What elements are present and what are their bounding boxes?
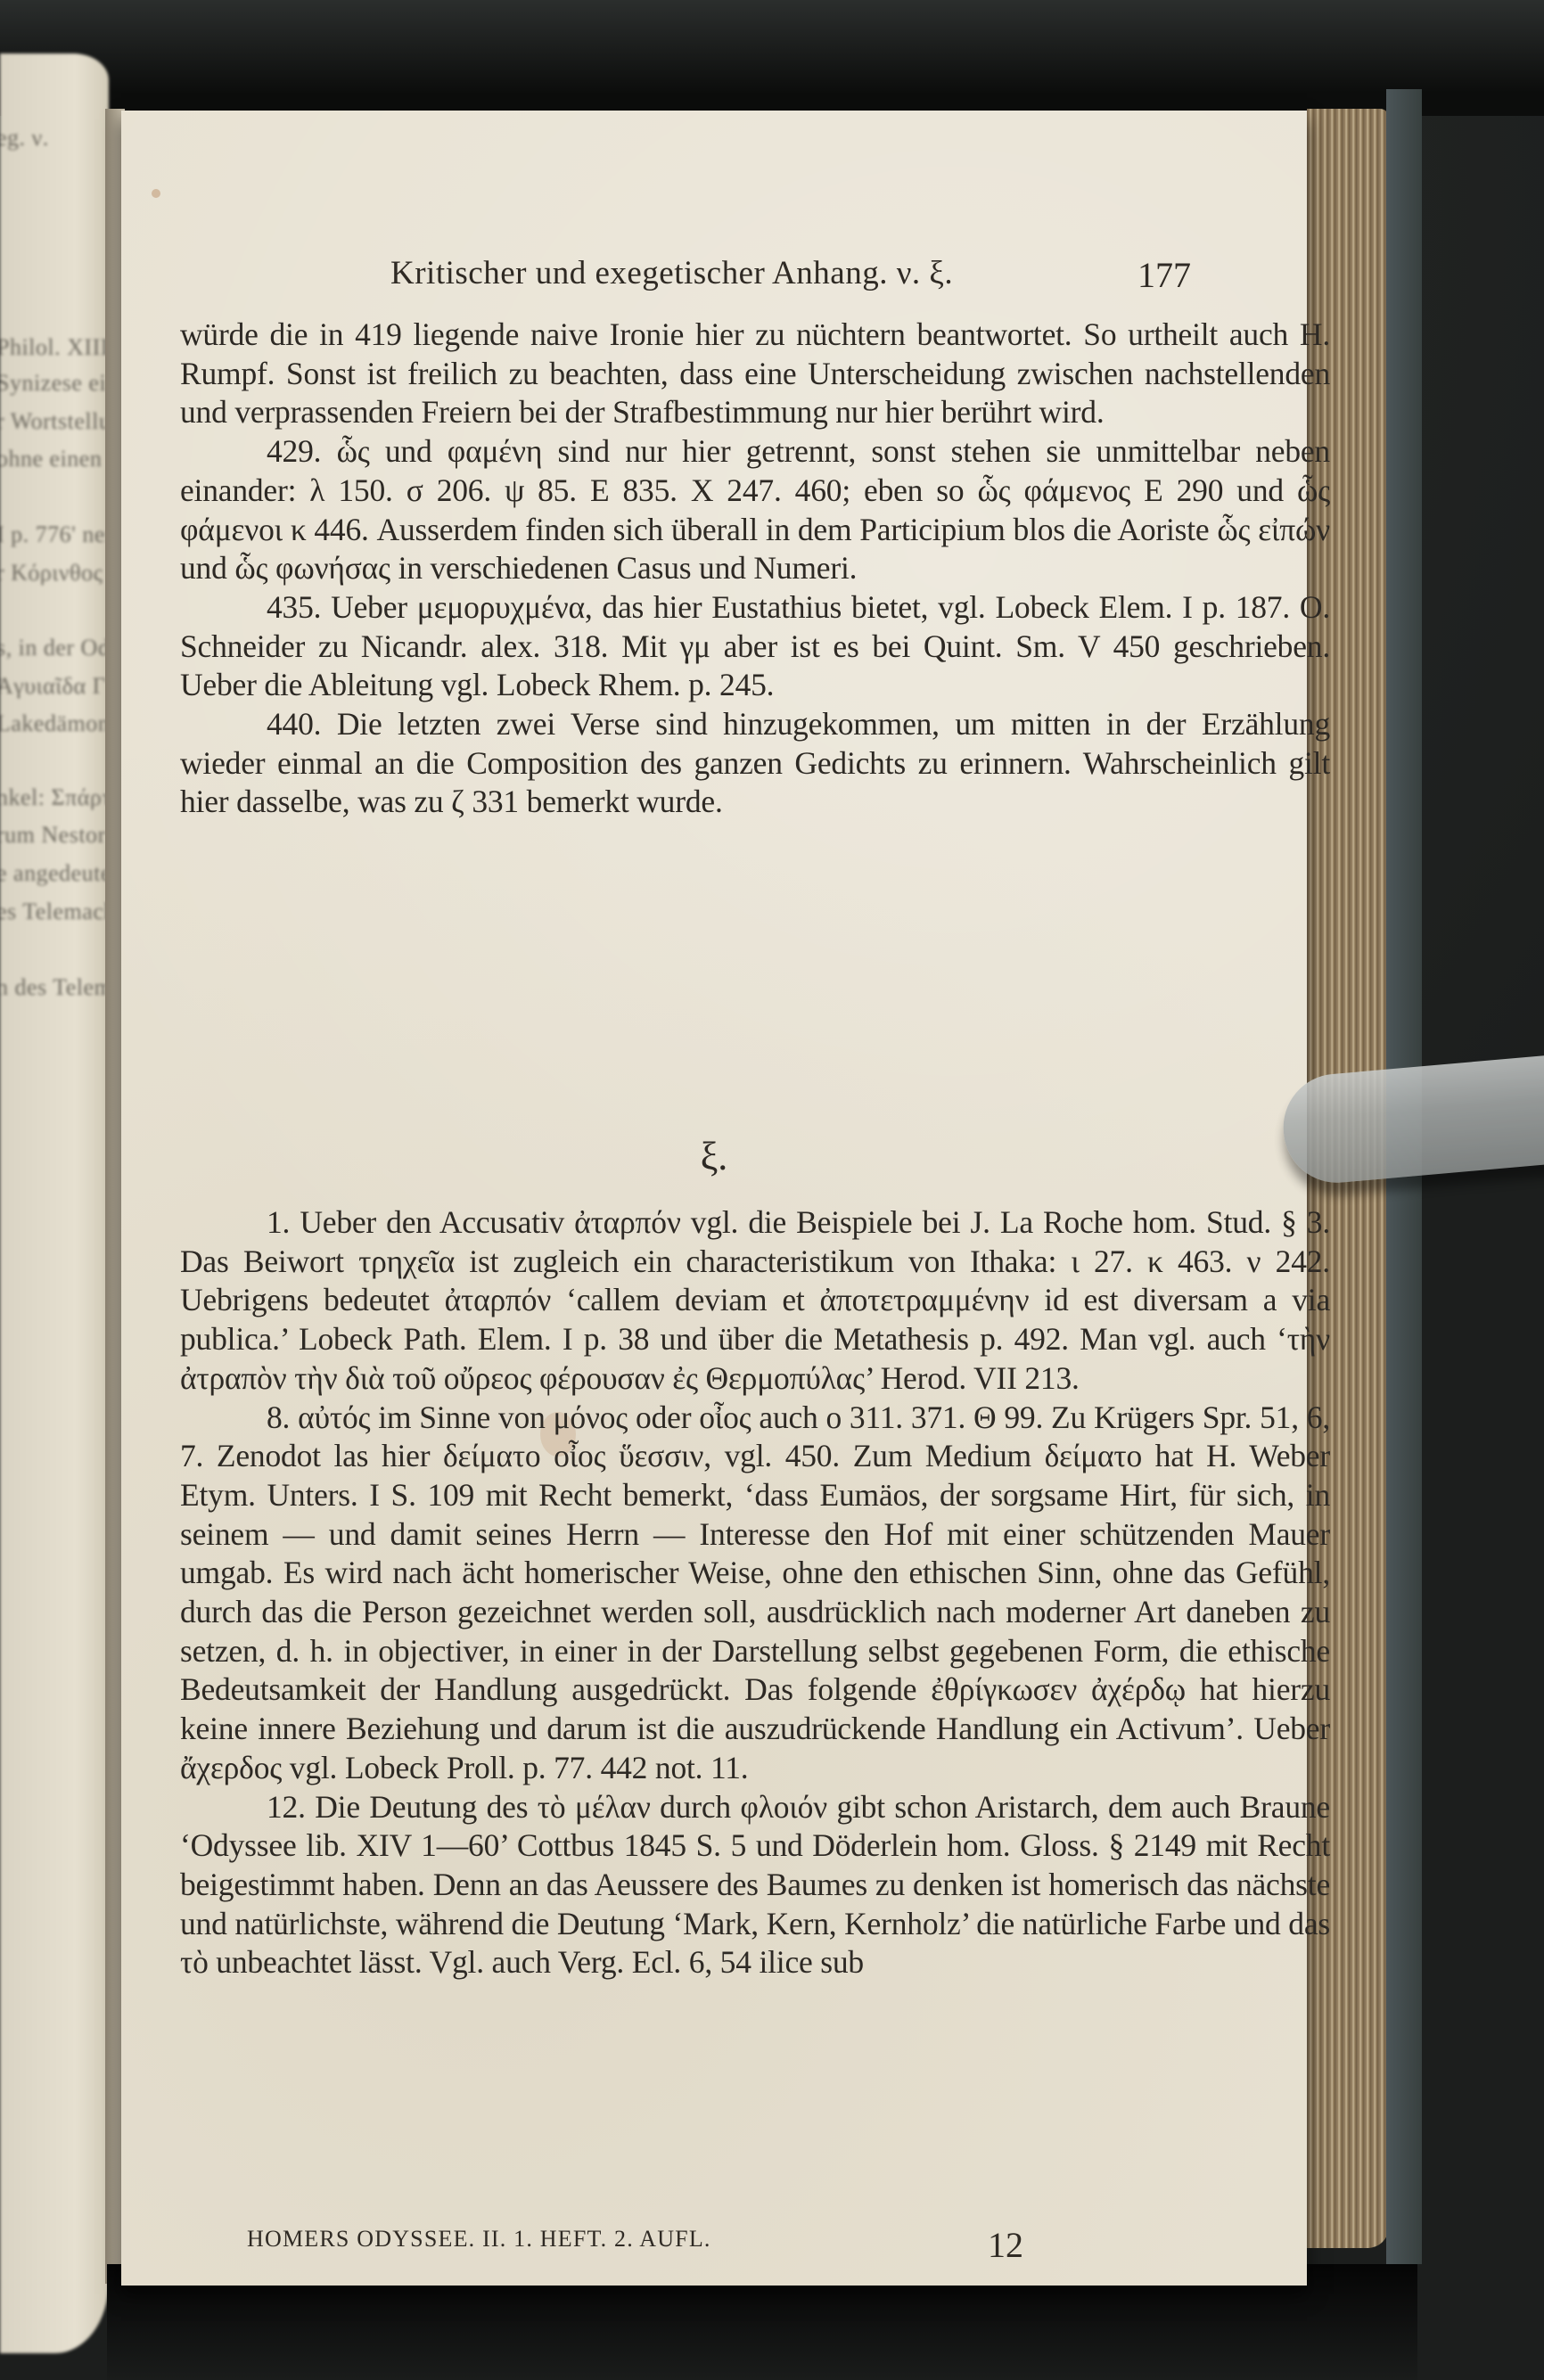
running-head-title: Kritischer und exegetischer Anhang. ν. ξ… — [390, 254, 953, 292]
printer-signature: HOMERS ODYSSEE. II. 1. Heft. 2. Aufl. — [247, 2226, 711, 2253]
left-page-fragment: Philol. XIII S. 6 — [0, 334, 109, 361]
left-page-fragment: nkel: Σπάρτης — [0, 784, 109, 811]
note-1: 1. Ueber den Accusativ ἀταρπόν vgl. die … — [180, 1203, 1330, 1399]
left-page-fragment: es Telemach — [0, 899, 109, 925]
left-page-fragment: Ἀγυιαῖδα Γ 75. — [0, 673, 109, 700]
body-text-upper: würde die in 419 liegende naive Ironie h… — [180, 316, 1330, 822]
left-page-fragment: ohne einen wenig — [0, 446, 109, 472]
left-page-fragment: Lakedämonierin — [0, 710, 109, 737]
paragraph-continuation: würde die in 419 liegende naive Ironie h… — [180, 316, 1330, 432]
left-page-fragment: eg. ν. — [0, 125, 49, 152]
running-head: Kritischer und exegetischer Anhang. ν. ξ… — [121, 236, 1307, 281]
left-page-fragment: rum Nestor nicht — [0, 822, 109, 849]
book-page: Kritischer und exegetischer Anhang. ν. ξ… — [121, 111, 1307, 2286]
body-text-lower: 1. Ueber den Accusativ ἀταρπόν vgl. die … — [180, 1203, 1330, 1982]
note-12: 12. Die Deutung des τὸ μέλαν durch φλοιό… — [180, 1788, 1330, 1983]
note-8: 8. αὐτός im Sinne von μόνος oder οἶος au… — [180, 1399, 1330, 1788]
note-440: 440. Die letzten zwei Verse sind hinzuge… — [180, 705, 1330, 822]
left-page-fragment: I p. 776' nennt — [0, 521, 109, 548]
left-page-fragment: n des Telemach — [0, 974, 109, 1001]
note-435: 435. Ueber μεμορυχμένα, das hier Eustath… — [180, 588, 1330, 705]
section-heading-xi: ξ. — [121, 1134, 1307, 1179]
page-number: 177 — [1137, 254, 1191, 296]
left-page-fragment: r Κόρινθος will — [0, 560, 109, 587]
left-page-fragment: r Wortstellung le — [0, 408, 109, 435]
left-page-fragment: Synizese einsilbig — [0, 370, 109, 397]
left-facing-page: eg. ν. Philol. XIII S. 6 Synizese einsil… — [0, 53, 109, 2353]
left-page-fragment: s, in der Odyss — [0, 635, 109, 661]
top-shadow — [0, 0, 1544, 116]
sheet-number: 12 — [988, 2224, 1023, 2266]
foxing-spot — [152, 189, 160, 198]
note-429: 429. ὧς und φαμένη sind nur hier getrenn… — [180, 432, 1330, 588]
left-page-fragment: e angedeutet, w — [0, 860, 109, 887]
